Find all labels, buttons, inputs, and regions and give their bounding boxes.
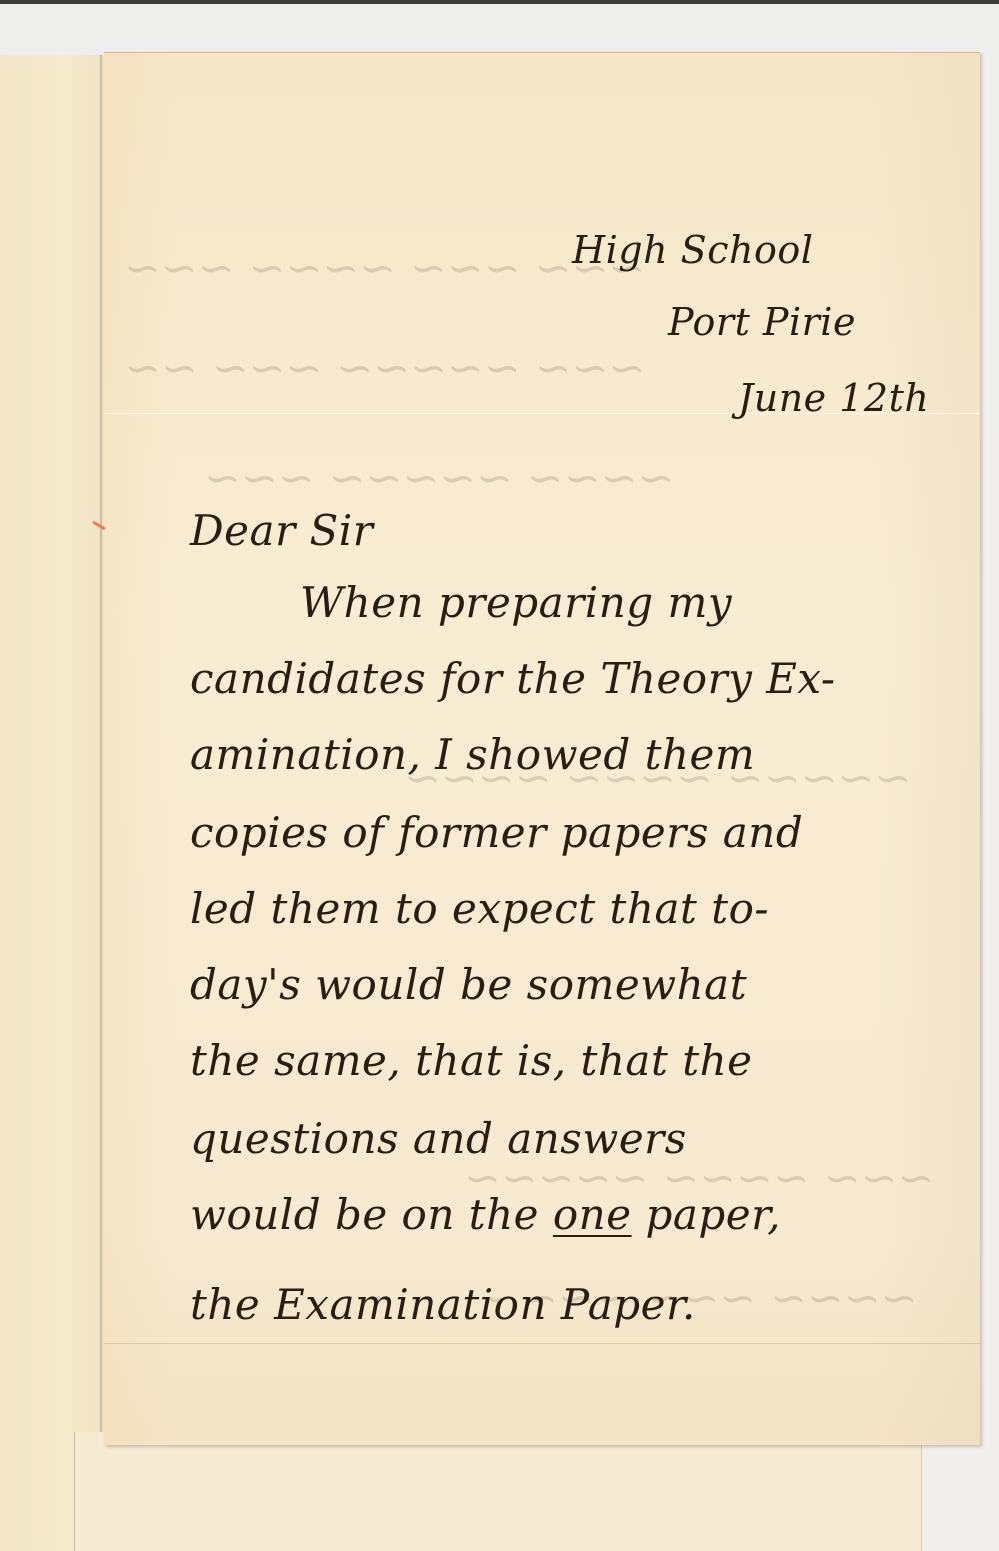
letter-date: June 12th [738,376,929,420]
body-line: copies of former papers and [190,808,803,857]
body-line: the Examination Paper. [190,1280,696,1329]
bleed-through-ink: ~~~ ~~~~~ ~~~ ~~ [124,343,645,394]
address-line-school: High School [572,228,813,272]
body-line: would be on the one paper, [190,1190,781,1239]
body-text: would be on the [190,1190,539,1239]
body-line: amination, I showed them [190,730,755,779]
body-line: the same, that is, that the [190,1036,752,1085]
body-line: day's would be somewhat [190,960,747,1009]
underlying-sheet [74,1432,922,1551]
body-text: paper, [645,1190,780,1239]
body-line: candidates for the Theory Ex- [190,654,836,703]
body-line: When preparing my [300,578,732,627]
address-line-town: Port Pirie [668,300,856,344]
fold-crease [104,1343,980,1344]
body-line: led them to expect that to- [190,884,769,933]
body-line: questions and answers [190,1114,687,1163]
salutation: Dear Sir [190,506,373,555]
bleed-through-ink: ~~~ ~~~ ~~~~ ~~~ [124,243,645,294]
page-fold [100,55,102,1551]
facing-page [0,55,110,1551]
underlined-emphasis: one [553,1190,632,1239]
bleed-through-ink: ~~~~ ~~~~~ ~~~ [204,453,674,504]
